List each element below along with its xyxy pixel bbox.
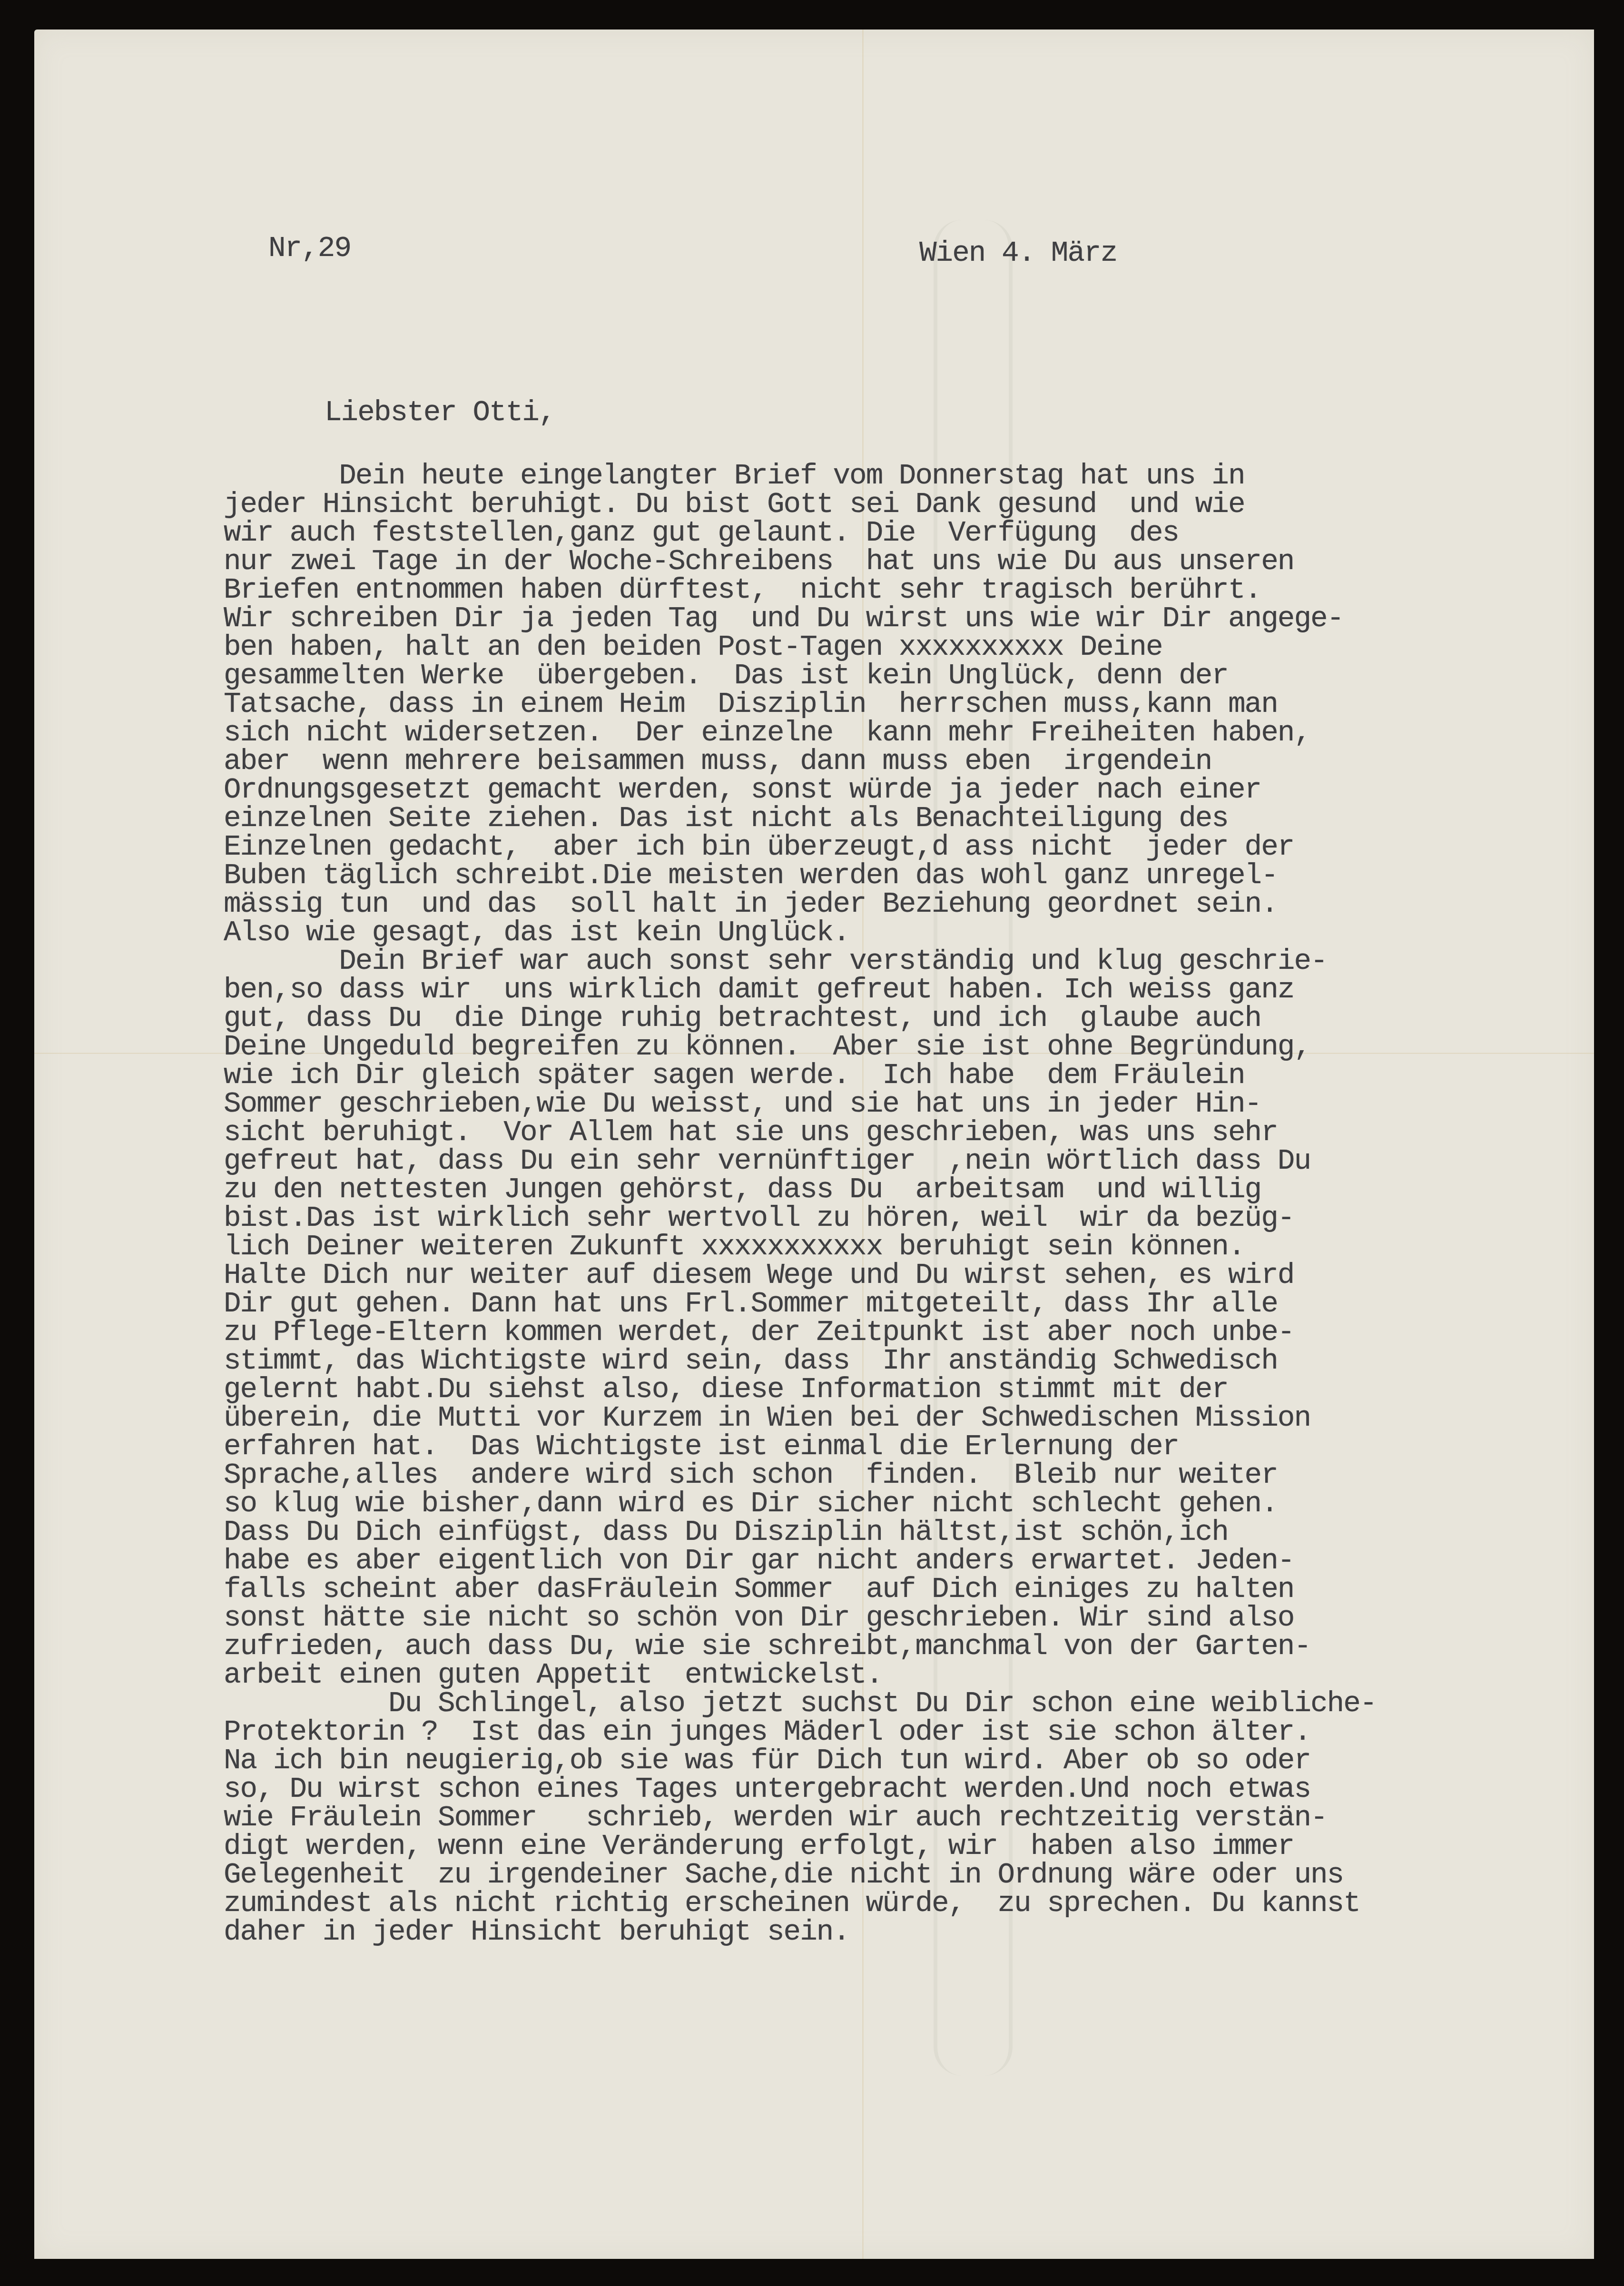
letter-line: einzelnen Seite ziehen. Das ist nicht al… xyxy=(224,804,1228,833)
letter-line: habe es aber eigentlich von Dir gar nich… xyxy=(224,1547,1294,1576)
letter-line: aber wenn mehrere beisammen muss, dann m… xyxy=(224,747,1211,776)
letter-line: Protektorin ? Ist das ein junges Mäderl … xyxy=(224,1718,1310,1747)
letter-line: Na ich bin neugierig,ob sie was für Dich… xyxy=(224,1746,1310,1775)
letter-line: so klug wie bisher,dann wird es Dir sich… xyxy=(224,1489,1278,1518)
letter-line: Wir schreiben Dir ja jeden Tag und Du wi… xyxy=(224,604,1343,633)
letter-line: zu Pflege-Eltern kommen werdet, der Zeit… xyxy=(224,1318,1294,1347)
letter-line: erfahren hat. Das Wichtigste ist einmal … xyxy=(224,1432,1179,1461)
letter-line: gefreut hat, dass Du ein sehr vernünftig… xyxy=(224,1147,1310,1176)
letter-line: zufrieden, auch dass Du, wie sie schreib… xyxy=(224,1632,1310,1661)
letter-line: Gelegenheit zu irgendeiner Sache,die nic… xyxy=(224,1861,1343,1890)
letter-line: wie Fräulein Sommer schrieb, werden wir … xyxy=(224,1803,1327,1833)
letter-line: Buben täglich schreibt.Die meisten werde… xyxy=(224,861,1278,890)
letter-line: ben,so dass wir uns wirklich damit gefre… xyxy=(224,975,1294,1005)
letter-line: Briefen entnommen haben dürftest, nicht … xyxy=(224,576,1261,605)
letter-line: wir auch feststellen,ganz gut gelaunt. D… xyxy=(224,519,1179,548)
letter-line: nur zwei Tage in der Woche-Schreibens ha… xyxy=(224,547,1294,576)
letter-line: Dein Brief war auch sonst sehr verständi… xyxy=(224,947,1327,976)
letter-line: Deine Ungeduld begreifen zu können. Aber… xyxy=(224,1033,1310,1062)
letter-line: falls scheint aber dasFräulein Sommer au… xyxy=(224,1575,1294,1604)
letter-line: daher in jeder Hinsicht beruhigt sein. xyxy=(224,1918,849,1947)
letter-line: Ordnungsgesetzt gemacht werden, sonst wü… xyxy=(224,776,1261,805)
letter-line: Halte Dich nur weiter auf diesem Wege un… xyxy=(224,1261,1294,1290)
letter-line: Dass Du Dich einfügst, dass Du Disziplin… xyxy=(224,1518,1228,1547)
letter-line: digt werden, wenn eine Veränderung erfol… xyxy=(224,1832,1294,1861)
letter-line: bist.Das ist wirklich sehr wertvoll zu h… xyxy=(224,1204,1294,1233)
letter-line: ben haben, halt an den beiden Post-Tagen… xyxy=(224,633,1162,662)
letter-line: gut, dass Du die Dinge ruhig betrachtest… xyxy=(224,1004,1261,1033)
letter-line: wie ich Dir gleich später sagen werde. I… xyxy=(224,1061,1245,1090)
letter-line: sicht beruhigt. Vor Allem hat sie uns ge… xyxy=(224,1118,1278,1147)
letter-line: gelernt habt.Du siehst also, diese Infor… xyxy=(224,1375,1228,1404)
letter-line: Dir gut gehen. Dann hat uns Frl.Sommer m… xyxy=(224,1290,1278,1319)
letter-line: sonst hätte sie nicht so schön von Dir g… xyxy=(224,1604,1294,1633)
letter-line: Du Schlingel, also jetzt suchst Du Dir s… xyxy=(224,1689,1376,1718)
letter-line: zu den nettesten Jungen gehörst, dass Du… xyxy=(224,1175,1261,1204)
letter-line: lich Deiner weiteren Zukunft xxxxxxxxxxx… xyxy=(224,1232,1245,1261)
letter-line: überein, die Mutti vor Kurzem in Wien be… xyxy=(224,1404,1310,1433)
letter-line: Also wie gesagt, das ist kein Unglück. xyxy=(224,918,849,947)
letter-line: gesammelten Werke übergeben. Das ist kei… xyxy=(224,661,1228,690)
letter-line: Tatsache, dass in einem Heim Disziplin h… xyxy=(224,690,1278,719)
letter-line: mässig tun und das soll halt in jeder Be… xyxy=(224,890,1278,919)
letter-line: Sprache,alles andere wird sich schon fin… xyxy=(224,1461,1278,1490)
letter-paper: Nr,29 Wien 4. März Liebster Otti, Dein h… xyxy=(34,30,1594,2259)
letter-line: zumindest als nicht richtig erscheinen w… xyxy=(224,1889,1360,1918)
letter-line: jeder Hinsicht beruhigt. Du bist Gott se… xyxy=(224,490,1245,519)
letter-line: Dein heute eingelangter Brief vom Donner… xyxy=(224,462,1245,491)
letter-line: Sommer geschrieben,wie Du weisst, und si… xyxy=(224,1090,1261,1119)
letter-line: so, Du wirst schon eines Tages untergebr… xyxy=(224,1775,1310,1804)
letter-line: sich nicht widersetzen. Der einzelne kan… xyxy=(224,719,1310,748)
letter-line: arbeit einen guten Appetit entwickelst. xyxy=(224,1661,882,1690)
letter-line: stimmt, das Wichtigste wird sein, dass I… xyxy=(224,1347,1278,1376)
letter-line: Einzelnen gedacht, aber ich bin überzeug… xyxy=(224,833,1294,862)
letter-body: Dein heute eingelangter Brief vom Donner… xyxy=(34,30,1594,2259)
